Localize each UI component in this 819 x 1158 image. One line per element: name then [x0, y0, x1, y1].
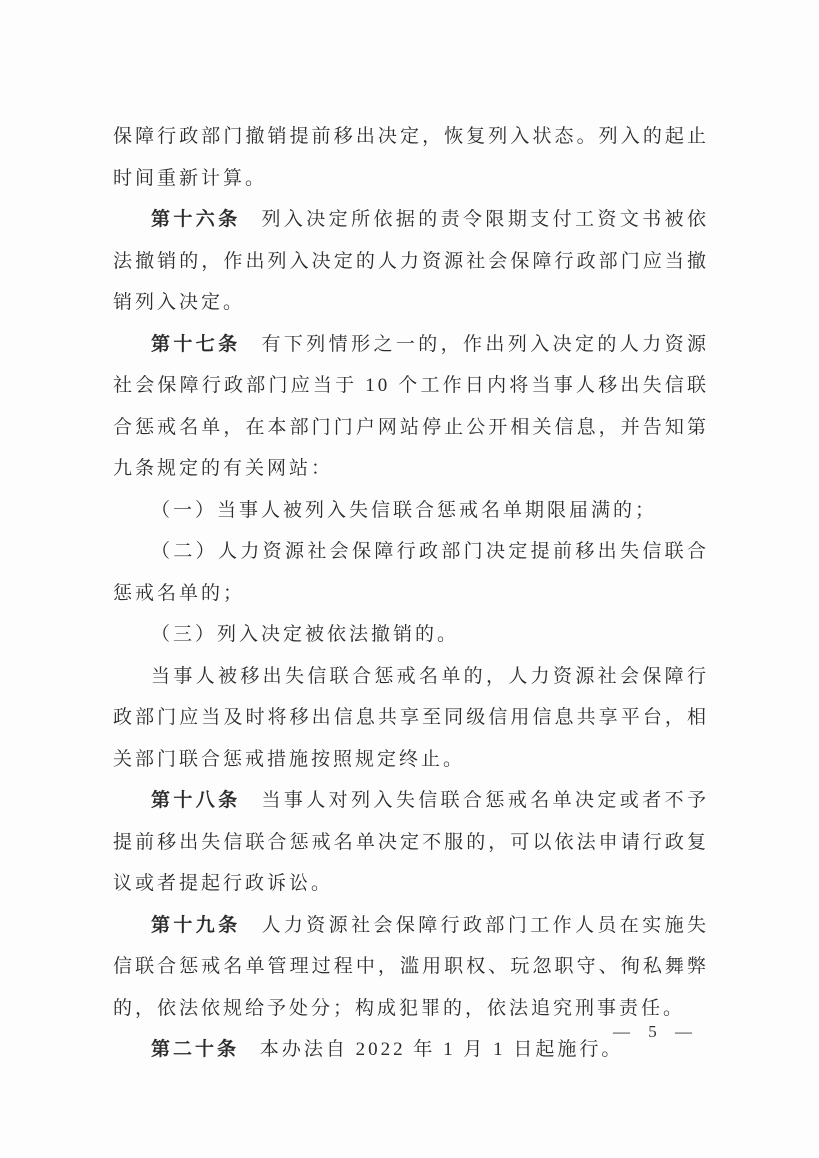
page-footer: — 5 — — [113, 1022, 709, 1042]
paragraph: （一）当事人被列入失信联合惩戒名单期限届满的； — [113, 490, 709, 532]
paragraph-text: 当事人被移出失信联合惩戒名单的，人力资源社会保障行政部门应当及时将移出信息共享至… — [113, 666, 709, 770]
article-paragraph: 第十八条当事人对列入失信联合惩戒名单决定或者不予提前移出失信联合惩戒名单决定不服… — [113, 780, 709, 905]
article-number: 第十九条 — [151, 915, 241, 936]
article-number: 第十七条 — [151, 334, 241, 355]
paragraph: （三）列入决定被依法撤销的。 — [113, 614, 709, 656]
paragraph: 保障行政部门撤销提前移出决定，恢复列入状态。列入的起止时间重新计算。 — [113, 116, 709, 199]
paragraph-text: （二）人力资源社会保障行政部门决定提前移出失信联合惩戒名单的； — [113, 541, 709, 604]
document-page: 保障行政部门撤销提前移出决定，恢复列入状态。列入的起止时间重新计算。第十六条列入… — [0, 0, 819, 1158]
article-number: 第十六条 — [151, 209, 241, 230]
paragraph-text: （三）列入决定被依法撤销的。 — [151, 624, 459, 645]
paragraph: （二）人力资源社会保障行政部门决定提前移出失信联合惩戒名单的； — [113, 531, 709, 614]
paragraph-text: 本办法自 2022 年 1 月 1 日起施行。 — [260, 1039, 624, 1060]
article-number: 第二十条 — [151, 1039, 239, 1060]
article-number: 第十八条 — [151, 790, 241, 811]
article-paragraph: 第十九条人力资源社会保障行政部门工作人员在实施失信联合惩戒名单管理过程中，滥用职… — [113, 905, 709, 1030]
paragraph-text: 保障行政部门撤销提前移出决定，恢复列入状态。列入的起止时间重新计算。 — [113, 126, 709, 189]
article-paragraph: 第十七条有下列情形之一的，作出列入决定的人力资源社会保障行政部门应当于 10 个… — [113, 324, 709, 490]
paragraph-text: （一）当事人被列入失信联合惩戒名单期限届满的； — [151, 500, 657, 521]
page-number: — 5 — — [613, 1022, 693, 1041]
paragraph: 当事人被移出失信联合惩戒名单的，人力资源社会保障行政部门应当及时将移出信息共享至… — [113, 656, 709, 781]
document-body: 保障行政部门撤销提前移出决定，恢复列入状态。列入的起止时间重新计算。第十六条列入… — [113, 116, 709, 1071]
paragraph-text: 有下列情形之一的，作出列入决定的人力资源社会保障行政部门应当于 10 个工作日内… — [113, 334, 709, 480]
article-paragraph: 第十六条列入决定所依据的责令限期支付工资文书被依法撤销的，作出列入决定的人力资源… — [113, 199, 709, 324]
